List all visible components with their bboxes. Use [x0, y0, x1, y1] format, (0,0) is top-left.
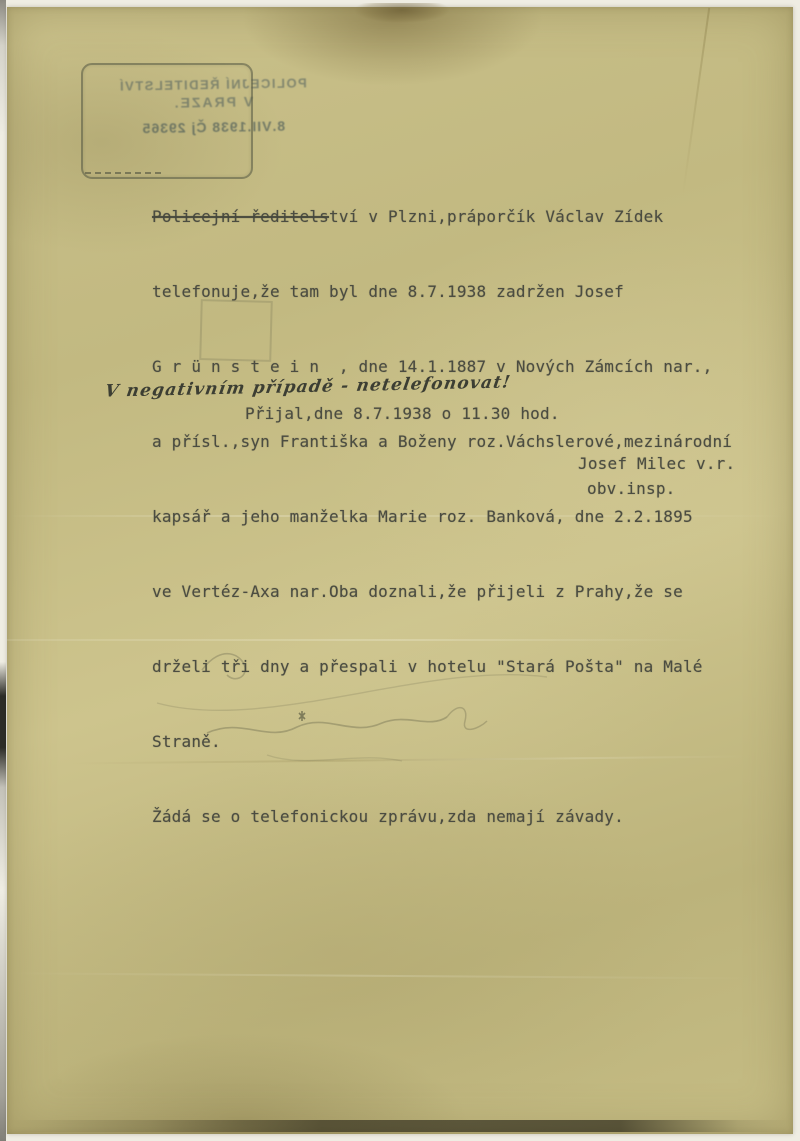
bottom-edge-shadow: [7, 1120, 793, 1132]
typed-line: Žádá se o telefonickou zprávu,zda nemají…: [152, 804, 732, 829]
top-edge-damage: [337, 3, 467, 39]
typed-body: Policejní ředitelství v Plzni,práporčík …: [152, 154, 732, 879]
typed-line: Straně.: [152, 729, 732, 754]
signature-name: Josef Milec v.r.: [578, 451, 735, 476]
struck-text: Policejní ředitels: [152, 207, 329, 226]
received-line: Přijal,dne 8.7.1938 o 11.30 hod.: [245, 401, 560, 426]
pencil-connector-line: [85, 172, 161, 174]
crease-line: [7, 972, 793, 979]
typed-line: ve Vertéz-Axa nar.Oba doznali,že přijeli…: [152, 579, 732, 604]
typed-line: kapsář a jeho manželka Marie roz. Bankov…: [152, 504, 732, 529]
typed-line: drželi tři dny a přespali v hotelu "Star…: [152, 654, 732, 679]
signature-title: obv.insp.: [587, 476, 735, 501]
scan-edge-shadow: [0, 0, 6, 1141]
typed-line: Policejní ředitelství v Plzni,práporčík …: [152, 204, 732, 229]
signature-block: Josef Milec v.r. obv.insp.: [578, 451, 735, 501]
document-page: POLICEJNÍ ŘEDITELSTVÍ V PRAZE. 8.VII.193…: [7, 7, 793, 1134]
typed-line: telefonuje,že tam byl dne 8.7.1938 zadrž…: [152, 279, 732, 304]
